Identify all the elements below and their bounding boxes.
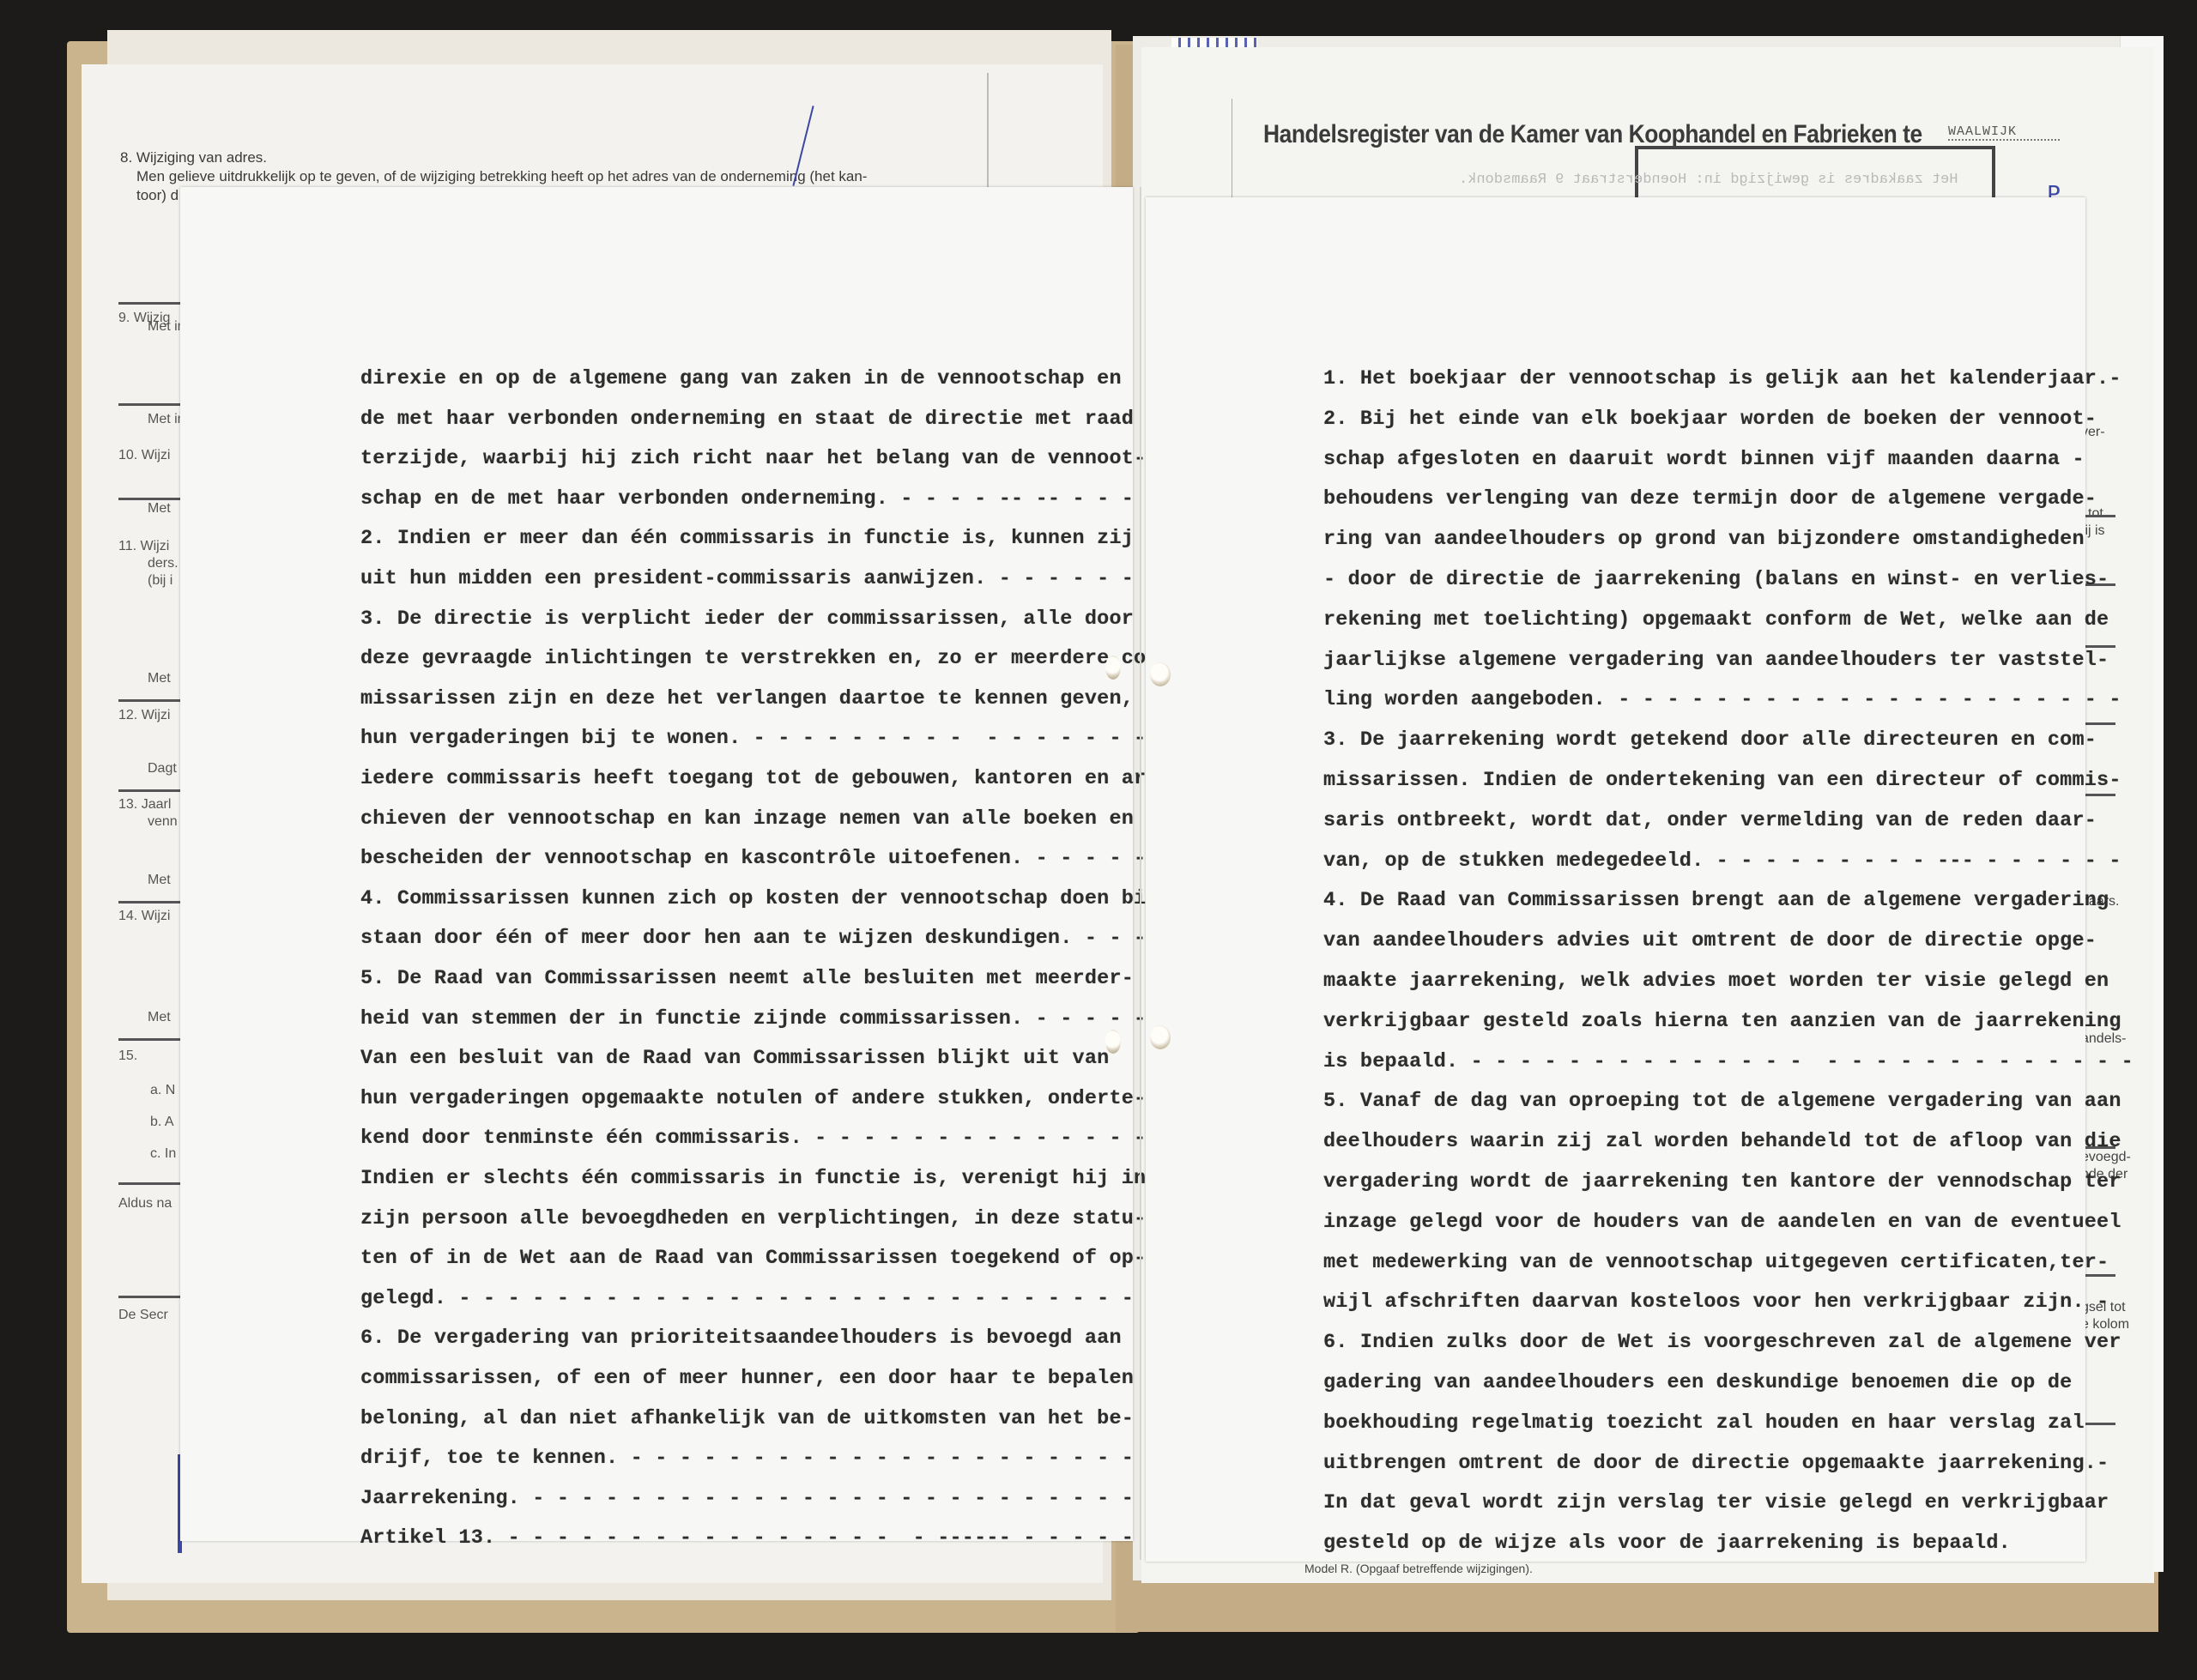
form-margin-label: c. In [150,1146,176,1162]
form-margin-label: Met [148,671,171,686]
form-margin-label: Aldus na [118,1196,172,1212]
typed-line: 4. Commissarissen kunnen zich op kosten … [360,887,1171,913]
form-rule [118,498,180,500]
form-rule [118,1296,180,1298]
typed-line: 1. Het boekjaar der vennootschap is geli… [1323,367,2121,393]
typed-line: schap afgesloten en daaruit wordt binnen… [1323,448,2085,474]
typed-line: beloning, al dan niet afhankelijk van de… [360,1407,1134,1433]
typed-line: wijl afschriften daarvan kosteloos voor … [1323,1290,2109,1316]
typed-line: rekening met toelichting) opgemaakt conf… [1323,608,2109,634]
form-margin-label: 10. Wijzi [118,448,170,463]
form-margin-label: Met [148,873,171,888]
form-rule [118,901,180,903]
city-dotted-line [1948,139,2060,141]
form-margin-label: Met [148,501,171,517]
form-margin-label: De Secr [118,1308,168,1323]
typed-line: heid van stemmen der in functie zijnde c… [360,1007,1171,1033]
form-margin-label: 12. Wijzi [118,708,170,723]
typed-line: van aandeelhouders advies uit omtrent de… [1323,929,2097,955]
register-city: WAALWIJK [1948,124,2017,139]
form-rule [2081,1423,2115,1425]
typed-line: maakte jaarrekening, welk advies moet wo… [1323,970,2109,995]
typed-line: uitbrengen omtrent de door de directie o… [1323,1452,2109,1478]
form-rule [118,403,180,406]
form-margin-label: a. N [150,1083,175,1098]
typed-line: gesteld op de wijze als voor de jaarreke… [1323,1532,2011,1557]
form-margin-label: Dagt [148,761,177,777]
typed-line: jaarlijkse algemene vergadering van aand… [1323,649,2109,674]
typed-line: deelhouders waarin zij zal worden behand… [1323,1130,2121,1156]
typed-line: inzage gelegd voor de houders van de aan… [1323,1211,2121,1236]
typed-line: - door de directie de jaarrekening (bala… [1323,568,2109,594]
typed-line: zijn persoon alle bevoegdheden en verpli… [360,1207,1146,1233]
typed-line: kend door tenminste één commissaris. - -… [360,1127,1171,1152]
item8-line2: toor) d [136,186,179,204]
typed-line: direxie en op de algemene gang van zaken… [360,367,1122,393]
typed-line: gelegd. - - - - - - - - - - - - - - - - … [360,1287,1159,1313]
typed-line: bescheiden der vennootschap en kascontrô… [360,847,1146,873]
typed-line: Indien er slechts één commissaris in fun… [360,1167,1146,1193]
typed-line: gadering van aandeelhouders een deskundi… [1323,1371,2072,1397]
form-margin-label: b. A [150,1115,174,1130]
typed-line: verkrijgbaar gesteld zoals hierna ten aa… [1323,1010,2121,1036]
typed-line: chieven der vennootschap en kan inzage n… [360,807,1134,833]
form-margin-label: venn [148,814,178,830]
form-rule [118,699,180,702]
typed-line: Jaarrekening. - - - - - - - - - - - - - … [360,1487,1159,1513]
register-title: Handelsregister van de Kamer van Koophan… [1263,120,1922,149]
form-margin-label: (bij i [148,573,172,589]
typed-line: ring van aandeelhouders op grond van bij… [1323,528,2085,553]
typed-line: deze gevraagde inlichtingen te verstrekk… [360,647,1171,673]
form-rule [118,1038,180,1041]
form-margin-label: 13. Jaarl [118,797,171,813]
form-margin-label: 14. Wijzi [118,909,170,924]
punch-hole [1150,662,1171,686]
typed-line: 6. Indien zulks door de Wet is voorgesch… [1323,1331,2121,1357]
form-margin-label: Met [148,1010,171,1025]
typed-line: Van een besluit van de Raad van Commissa… [360,1047,1109,1073]
typed-line: 5. Vanaf de dag van oproeping tot de alg… [1323,1090,2121,1115]
typed-line: ten of in de Wet aan de Raad van Commiss… [360,1247,1146,1272]
typed-line: drijf, toe te kennen. - - - - - - - - - … [360,1447,1159,1472]
typed-line: de met haar verbonden onderneming en sta… [360,408,1134,433]
typed-line: hun vergaderingen opgemaakte notulen of … [360,1087,1146,1113]
typed-line: 2. Bij het einde van elk boekjaar worden… [1323,408,2097,433]
form-rule [118,1182,180,1185]
form-rule [2081,722,2115,725]
typed-line: 4. De Raad van Commissarissen brengt aan… [1323,889,2109,915]
typed-line: 6. De vergadering van prioriteitsaandeel… [360,1326,1122,1352]
mirrored-typed-line: Het zaakadres is gewijzigd in: Hoenderst… [1459,172,1958,188]
typed-page-right: 1. Het boekjaar der vennootschap is geli… [1146,197,2085,1562]
form-footer: Model R. (Opgaaf betreffende wijzigingen… [1304,1562,1533,1575]
typed-line: 3. De directie is verplicht ieder der co… [360,607,1134,633]
typed-line: vergadering wordt de jaarrekening ten ka… [1323,1170,2121,1196]
typed-page-left: direxie en op de algemene gang van zaken… [180,187,1133,1541]
form-column-divider [1232,99,1232,202]
typed-line: van, op de stukken medegedeeld. - - - - … [1323,849,2121,875]
form-rule [118,789,180,792]
typed-line: iedere commissaris heeft toegang tot de … [360,767,1159,793]
form-rule [118,302,180,305]
item8-title: 8. Wijziging van adres. [120,148,267,166]
form-column-divider [987,73,989,202]
typed-line: behoudens verlenging van deze termijn do… [1323,487,2097,513]
form-margin-label: 15. [118,1048,137,1064]
typed-line: In dat geval wordt zijn verslag ter visi… [1323,1491,2109,1517]
item8-line1: Men gelieve uitdrukkelijk op te geven, o… [136,167,867,185]
form-margin-label: 9. Wijzig [118,311,170,326]
punch-hole [1150,1025,1171,1049]
form-margin-label: 11. Wijzi [118,539,169,554]
form-rule [2081,515,2115,517]
typed-line: hun vergaderingen bij te wonen. - - - - … [360,727,1146,752]
typed-line: staan door één of meer door hen aan te w… [360,927,1171,952]
typed-line: 2. Indien er meer dan één commissaris in… [360,527,1134,553]
typed-line: boekhouding regelmatig toezicht zal houd… [1323,1411,2085,1437]
typed-line: Artikel 13. - - - - - - - - - - - - - - … [360,1526,1159,1552]
form-rule [2081,645,2115,648]
typed-line: commissarissen, of een of meer hunner, e… [360,1367,1134,1393]
typed-line: schap en de met haar verbonden ondernemi… [360,487,1159,513]
punch-hole [1105,1030,1121,1054]
typed-line: is bepaald. - - - - - - - - - - - - - - … [1323,1050,2133,1076]
page-fold [1140,187,1141,1560]
typed-line: uit hun midden een president-commissaris… [360,567,1159,593]
punch-hole [1105,656,1121,680]
typed-line: 5. De Raad van Commissarissen neemt alle… [360,967,1134,993]
form-margin-label: ders. [148,556,179,571]
typed-line: 3. De jaarrekening wordt getekend door a… [1323,728,2097,754]
typed-line: missarissen zijn en deze het verlangen d… [360,687,1134,713]
typed-line: terzijde, waarbij hij zich richt naar he… [360,447,1146,473]
typed-line: ling worden aangeboden. - - - - - - - - … [1323,688,2121,714]
typed-line: missarissen. Indien de ondertekening van… [1323,769,2121,795]
typed-line: saris ontbreekt, wordt dat, onder vermel… [1323,809,2097,835]
typed-line: met medewerking van de vennootschap uitg… [1323,1251,2109,1277]
